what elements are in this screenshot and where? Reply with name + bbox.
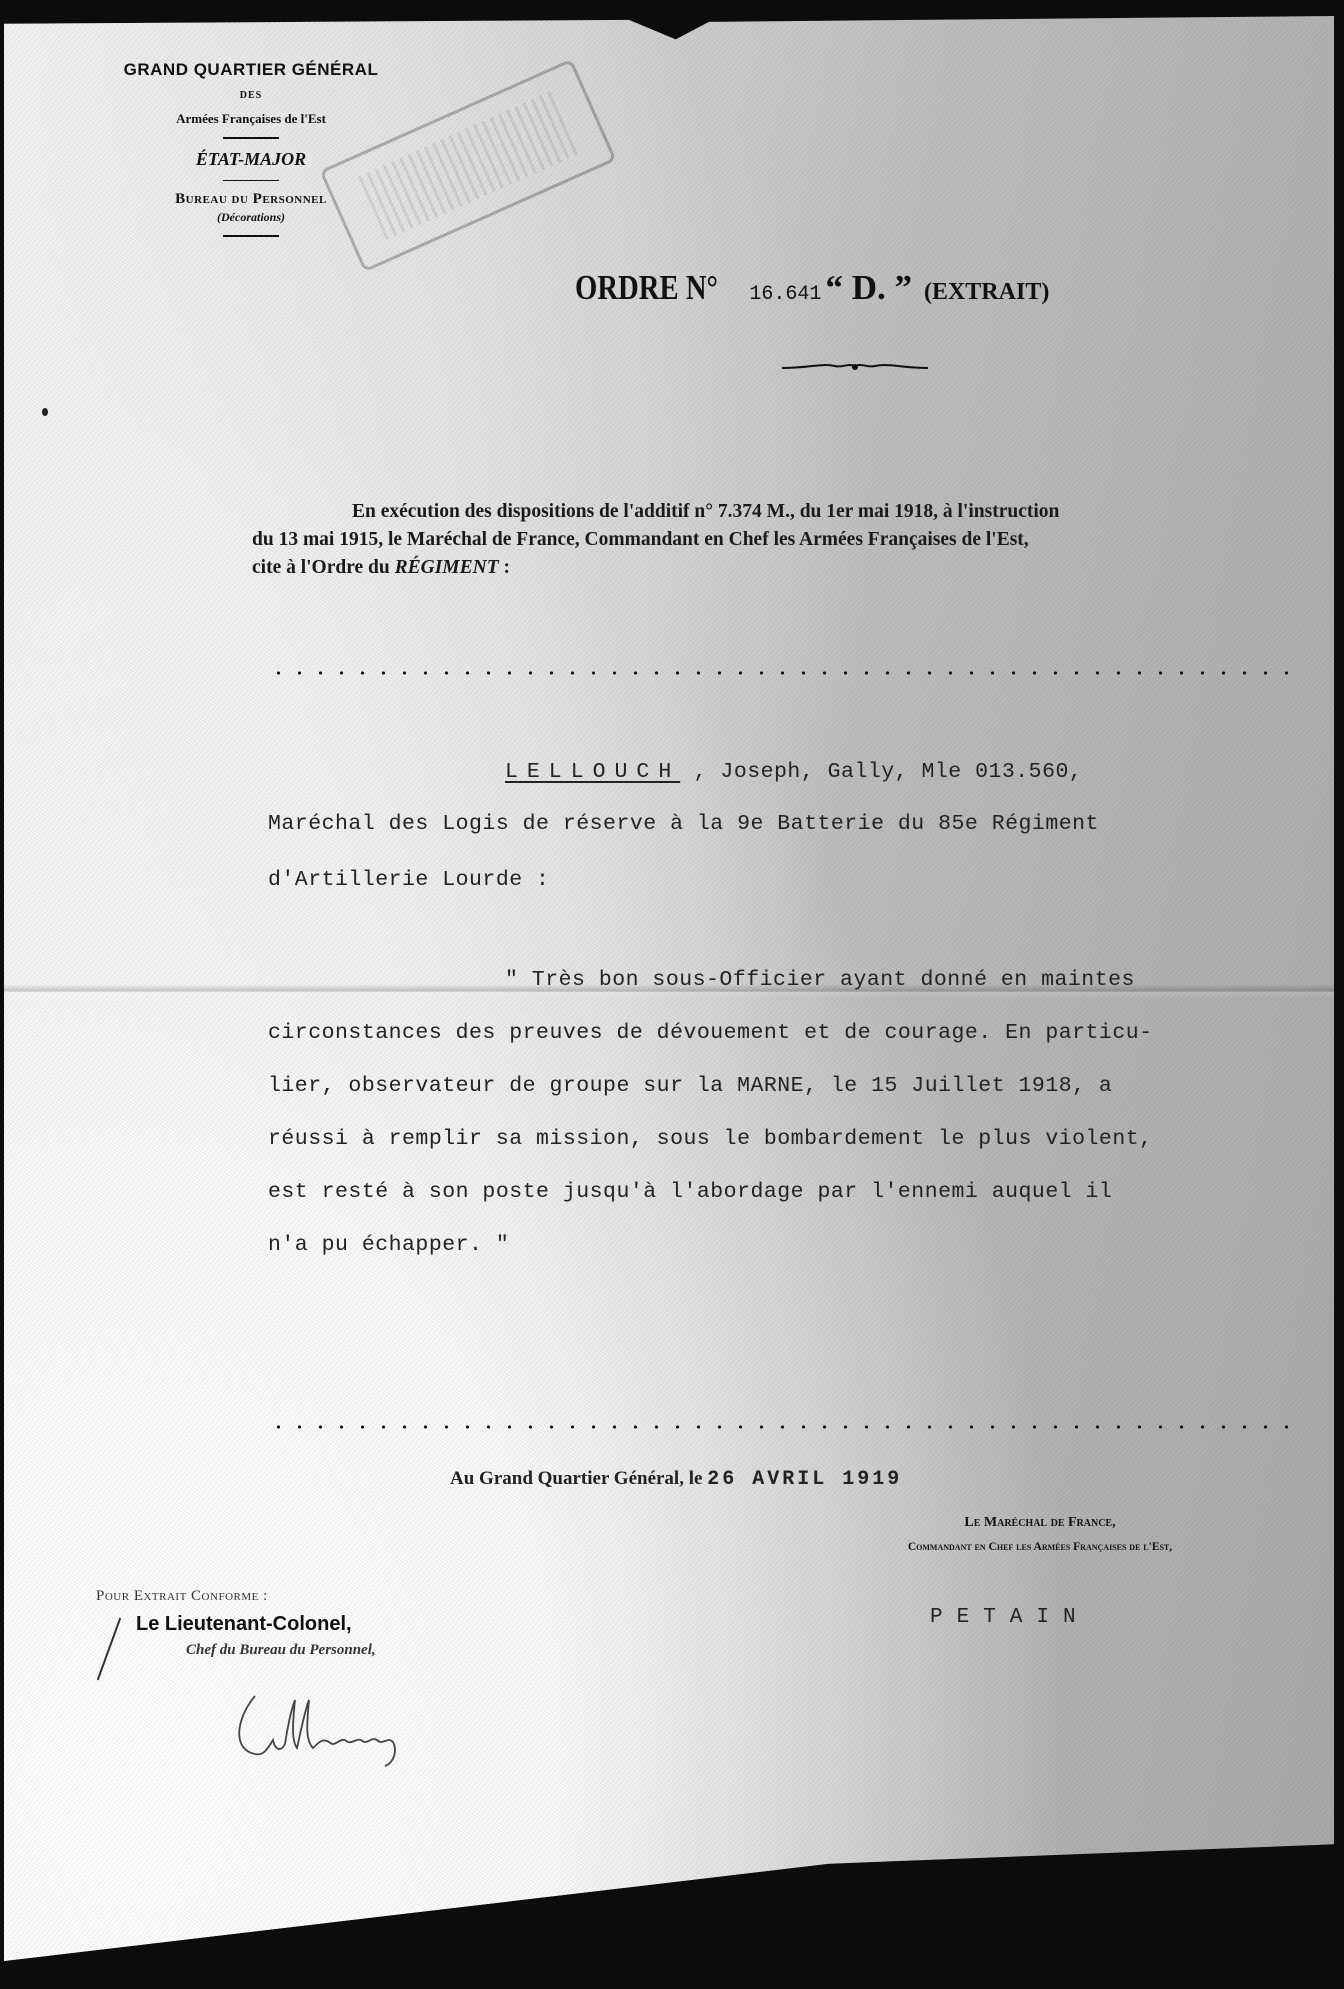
citation-line: " Très bon sous-Officier ayant donné en … <box>505 968 1135 992</box>
preamble-line-2: du 13 mai 1915, le Maréchal de France, C… <box>252 526 1282 554</box>
letterhead-organization: GRAND QUARTIER GÉNÉRAL <box>96 60 406 80</box>
certifier-rank: Le Lieutenant-Colonel, <box>136 1613 376 1636</box>
citee-details: , Joseph, Gally, Mle 013.560, <box>680 760 1082 784</box>
certification-block: Pour Extrait Conforme : Le Lieutenant-Co… <box>96 1588 376 1659</box>
title-prefix: ORDRE N° <box>575 268 718 308</box>
divider <box>223 137 279 139</box>
citee-rank-line-2: d'Artillerie Lourde : <box>268 868 549 892</box>
order-title: ORDRE N°16.641 “ D. ” (EXTRAIT) <box>575 268 1049 308</box>
citation-line: n'a pu échapper. " <box>268 1233 509 1257</box>
citation-line: circonstances des preuves de dévouement … <box>268 1021 1153 1045</box>
preamble-line-1: En exécution des dispositions de l'addit… <box>352 501 1059 522</box>
date: 26 AVRIL 1919 <box>707 1468 902 1491</box>
letterhead-connector: DES <box>96 90 406 101</box>
citee-surname: LELLOUCH <box>505 760 680 784</box>
order-letter: “ D. ” <box>825 268 912 307</box>
margin-mark <box>42 408 48 416</box>
divider <box>223 180 279 181</box>
marshal-title: Le Maréchal de France, <box>820 1515 1260 1531</box>
preamble-punctuation: : <box>499 557 510 578</box>
place: Au Grand Quartier Général, le <box>450 1468 702 1489</box>
marshal-role: Commandant en Chef les Armées Françaises… <box>820 1541 1260 1553</box>
place-and-date: Au Grand Quartier Général, le 26 AVRIL 1… <box>450 1468 902 1491</box>
certification-label: Pour Extrait Conforme : <box>96 1588 376 1605</box>
citation-line: réussi à remplir sa mission, sous le bom… <box>268 1127 1153 1151</box>
order-qualifier: (EXTRAIT) <box>924 279 1049 305</box>
marshal-block: Le Maréchal de France, Commandant en Che… <box>820 1515 1260 1553</box>
order-number: 16.641 <box>749 283 821 306</box>
marshal-name: PETAIN <box>930 1606 1090 1629</box>
citation-line: est resté à son poste jusqu'à l'abordage… <box>268 1180 1112 1204</box>
preamble: En exécution des dispositions de l'addit… <box>252 498 1282 582</box>
divider <box>223 235 279 237</box>
handwritten-signature <box>225 1690 435 1770</box>
letterhead-armies: Armées Françaises de l'Est <box>96 111 406 127</box>
dotted-separator <box>268 1425 1298 1429</box>
ornament-divider <box>780 360 930 374</box>
citation-line: lier, observateur de groupe sur la MARNE… <box>268 1074 1112 1098</box>
preamble-line-3: cite à l'Ordre du <box>252 557 395 578</box>
citee-rank-line-1: Maréchal des Logis de réserve à la 9e Ba… <box>268 812 1099 836</box>
citation-level: RÉGIMENT <box>395 557 499 578</box>
dotted-separator <box>268 671 1298 675</box>
certifier-role: Chef du Bureau du Personnel, <box>186 1642 376 1659</box>
